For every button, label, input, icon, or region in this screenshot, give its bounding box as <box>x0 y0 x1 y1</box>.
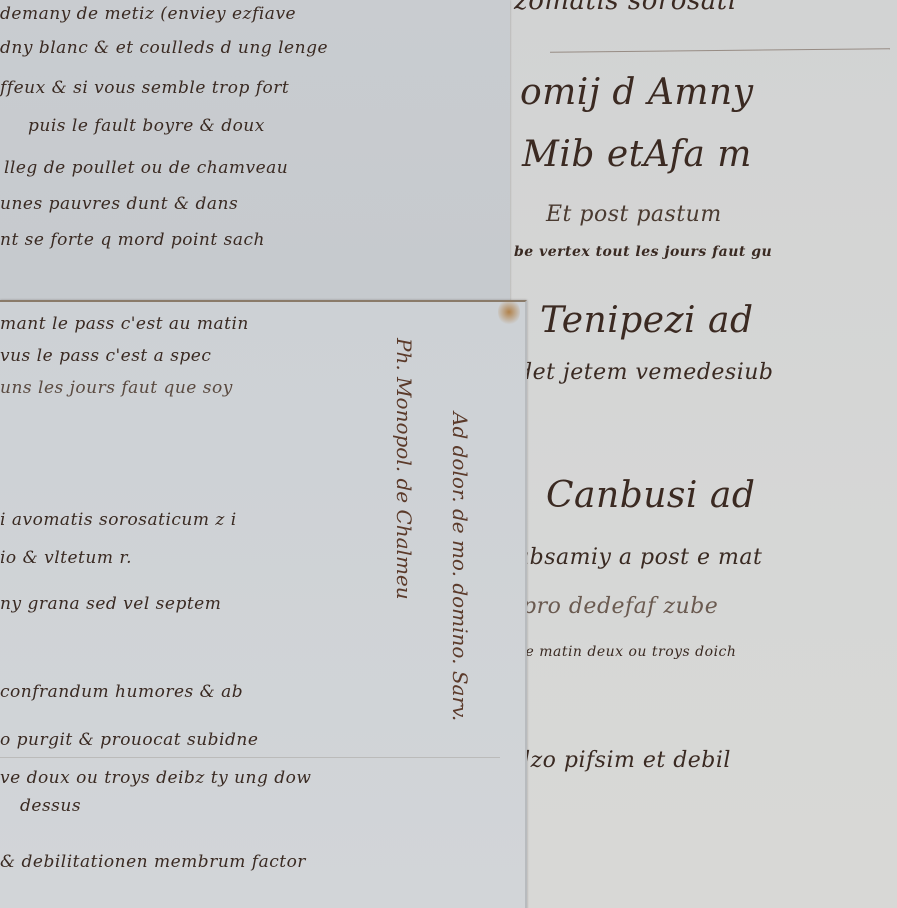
text-line: dny blanc & et coulleds d ung lenge <box>0 38 328 58</box>
text-line: lleg de poullet ou de chamveau <box>4 158 288 178</box>
paper-crease <box>0 757 500 758</box>
text-line: uns les jours faut que soy <box>0 378 233 398</box>
manuscript-sheet-bottom-left: mant le pass c'est au matin vus le pass … <box>0 300 527 908</box>
text-line: mant le pass c'est au matin <box>0 314 249 334</box>
text-line: ffeux & si vous semble trop fort <box>0 78 289 98</box>
text-line: & debilitationen membrum factor <box>0 852 306 872</box>
text-line: absamiy a post e mat <box>516 545 762 570</box>
text-line: Canbusi ad <box>546 475 755 516</box>
text-line: confrandum humores & ab <box>0 682 243 702</box>
text-line: o purgit & prouocat subidne <box>0 730 258 750</box>
text-line: be vertex tout les jours faut gu <box>514 244 772 260</box>
text-line: pro dedefaf zube <box>522 594 718 619</box>
text-line: demany de metiz (enviey ezfiave <box>0 4 296 24</box>
text-line: ny grana sed vel septem <box>0 594 221 614</box>
text-line: io & vltetum r. <box>0 548 132 568</box>
text-line: nt se forte q mord point sach <box>0 230 265 250</box>
manuscript-sheet-top-left: demany de metiz (enviey ezfiave dny blan… <box>0 0 510 302</box>
text-line: Mib etAfa m <box>522 134 752 175</box>
text-line: dzo pifsim et debil <box>516 748 731 773</box>
margin-note-vertical: Ph. Monopol. de Chalmeu <box>392 338 416 758</box>
manuscript-sheet-right: zomatis sorosati omij d Amny Mib etAfa m… <box>508 0 897 908</box>
text-line: unes pauvres dunt & dans <box>0 194 238 214</box>
text-line: Tenipezi ad <box>540 300 754 341</box>
ink-stain <box>498 298 520 326</box>
margin-note-vertical: Ad dolor. de mo. domino. Sarv. <box>448 412 472 832</box>
text-line: vus le pass c'est a spec <box>0 346 211 366</box>
text-line: i avomatis sorosaticum z i <box>0 510 237 530</box>
text-line: ve doux ou troys deibz ty ung dow <box>0 768 311 788</box>
text-line: zomatis sorosati <box>514 0 737 16</box>
text-line: dessus <box>20 796 81 816</box>
text-line: puis le fault boyre & doux <box>28 116 265 136</box>
text-line: de matin deux ou troys doich <box>516 644 736 660</box>
text-line: det jetem vemedesiub <box>518 360 774 385</box>
text-line: omij d Amny <box>520 72 754 113</box>
ruled-line <box>550 48 890 53</box>
text-line: Et post pastum <box>546 202 722 227</box>
